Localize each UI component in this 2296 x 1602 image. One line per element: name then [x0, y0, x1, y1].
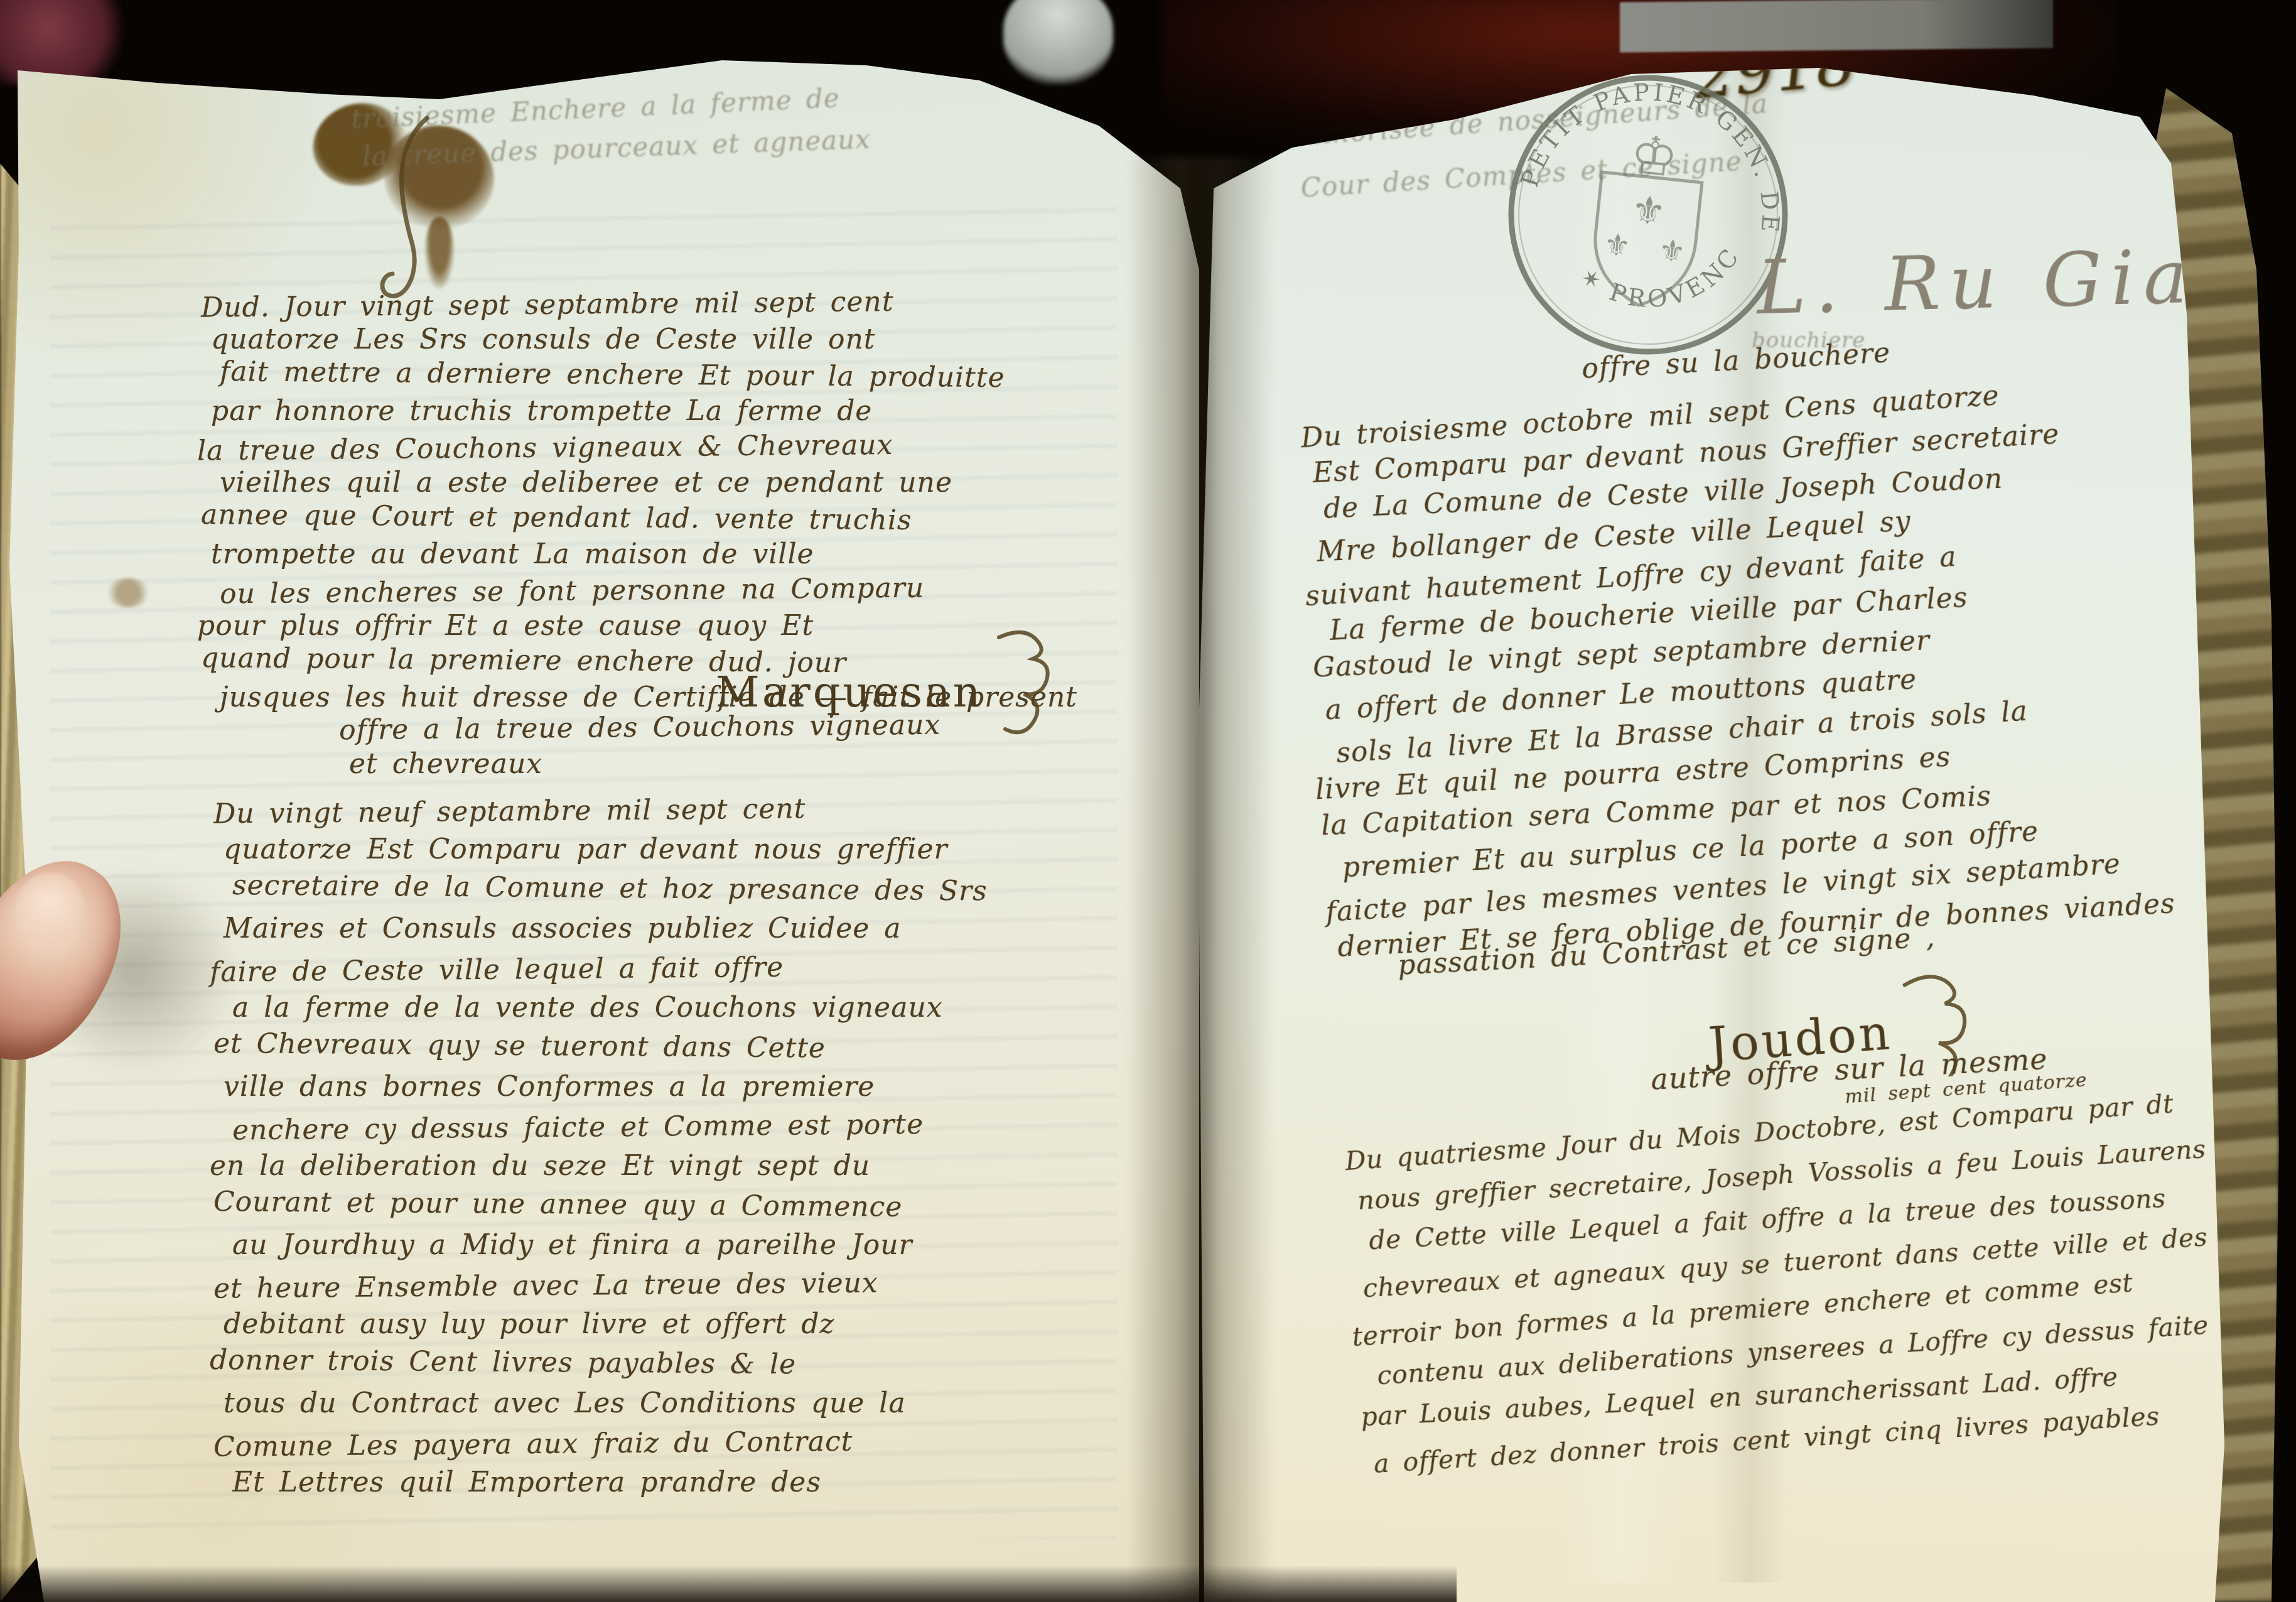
manuscript-line: faire de Ceste ville lequel a fait offre [210, 944, 1174, 992]
section1-paragraph: Du troisiesme octobre mil sept Cens quat… [1300, 367, 2231, 968]
manuscript-line: ou les encheres se font personne na Comp… [220, 568, 1149, 612]
manuscript-line: offre a la treue des Couchons vigneaux [339, 707, 941, 749]
manuscript-photo: troisiesme Enchere a la ferme dela treue… [0, 0, 2296, 1602]
manuscript-line: ville dans bornes Conformes a la premier… [224, 1067, 1174, 1107]
manuscript-line: Comune Les payera aux fraiz du Contract [213, 1419, 1174, 1466]
manuscript-line: au Jourdhuy a Midy et finira a pareilhe … [232, 1225, 1174, 1265]
right-page[interactable]: authorisee de nosseigneurs de laCour des… [1192, 0, 2296, 1602]
manuscript-line: et chevreaux [349, 746, 940, 782]
left-offer-paragraph: Du vingt neuf septambre mil sept centqua… [213, 790, 1174, 1502]
manuscript-line: enchere cy dessus faicte et Comme est po… [232, 1102, 1174, 1150]
stamp-fleur-icon: ⚜ [1629, 186, 1668, 235]
manuscript-line: trompette au devant La maison de ville [211, 536, 1149, 572]
stamp-fleur-icon: ⚜ [1602, 227, 1632, 264]
manuscript-line: et heure Ensemble avec La treue des vieu… [213, 1260, 1174, 1308]
manuscript-line: et Chevreaux quy se tueront dans Cette [213, 1024, 1174, 1071]
manuscript-line: en la deliberation du seze Et vingt sept… [210, 1146, 1174, 1186]
left-offer-heading: offre a la treue des Couchons vigneauxet… [339, 710, 940, 782]
manuscript-line: debitant ausy luy pour livre et offert d… [224, 1304, 1174, 1344]
manuscript-line: tous du Contract avec Les Conditions que… [224, 1383, 1174, 1423]
manuscript-line: Dud. Jour vingt sept septambre mil sept … [201, 281, 1149, 325]
manuscript-line: annee que Court et pendant lad. vente tr… [201, 497, 1149, 540]
left-page[interactable]: troisiesme Enchere a la ferme dela treue… [0, 0, 1199, 1602]
docket-mark: L. Ru Gia [1755, 233, 2197, 331]
manuscript-line: quatorze Est Comparu par devant nous gre… [224, 830, 1174, 869]
ink-stain [105, 578, 151, 608]
manuscript-line: vieilhes quil a este deliberee et ce pen… [220, 465, 1149, 501]
manuscript-line: quatorze Les Srs consuls de Ceste ville … [211, 322, 1149, 357]
manuscript-line: Maires et Consuls associes publiez Cuide… [224, 909, 1174, 948]
manuscript-line: fait mettre a derniere enchere Et pour l… [220, 354, 1149, 397]
manuscript-line: par honnore truchis trompette La ferme d… [211, 393, 1149, 429]
manuscript-line: a la ferme de la vente des Couchons vign… [232, 988, 1174, 1027]
stamp-fleur-icon: ⚜ [1657, 232, 1688, 270]
manuscript-line: donner trois Cent livres payables & le [210, 1340, 1174, 1387]
manuscript-line: Courant et pour une annee quy a Commence [213, 1182, 1174, 1229]
manuscript-line: Du vingt neuf septambre mil sept cent [213, 786, 1174, 833]
manuscript-line: la treue des Couchons vigneaux & Chevrea… [197, 425, 1149, 468]
background-object [1003, 0, 1113, 85]
manuscript-line: Et Lettres quil Emportera prandre des [232, 1463, 1174, 1502]
manuscript-line: secretaire de la Comune et hoz presance … [232, 865, 1174, 912]
section2-paragraph: Du quatriesme Jour du Mois Doctobre, est… [1344, 1080, 2273, 1486]
signature-paraph-icon [986, 625, 1062, 744]
backdrop-gray-table [1620, 0, 2053, 53]
